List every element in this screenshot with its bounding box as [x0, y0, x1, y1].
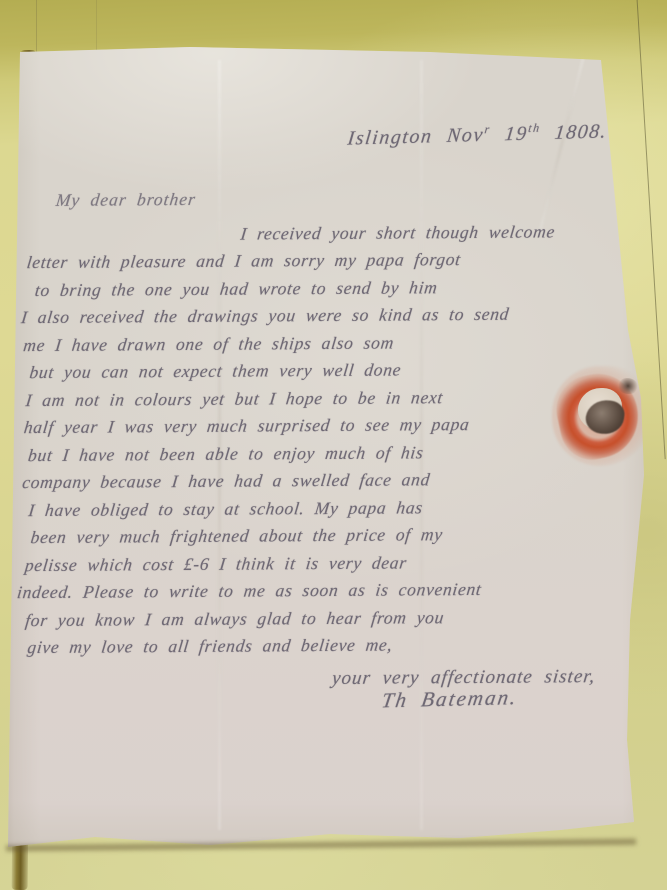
handwritten-letter: Islington Novr 19th 1808. My dear brothe… — [18, 53, 635, 722]
dateline-place-month: Islington Nov — [346, 124, 485, 150]
letter-line: give my love to all friends and believe … — [26, 630, 637, 662]
salutation: My dear brother — [55, 186, 633, 211]
letter-line: to bring the one you had wrote to send b… — [33, 272, 634, 304]
letter-line: I have obliged to stay at school. My pap… — [27, 492, 636, 524]
backing-sheet-edge-line — [636, 0, 666, 459]
dateline-day: 19 — [489, 123, 529, 146]
letter-line: I received your short though welcome — [27, 218, 634, 250]
letter-line: indeed. Please to write to me as soon as… — [16, 575, 637, 607]
letter-line: letter with pleasure and I am sorry my p… — [25, 245, 634, 277]
letter-line: company because I have had a swelled fac… — [21, 465, 636, 497]
dateline: Islington Novr 19th 1808. — [18, 119, 608, 160]
letter-line: been very much frightened about the pric… — [29, 520, 636, 552]
letter-line: but you can not expect them very well do… — [28, 355, 635, 387]
dateline-year: 1808. — [539, 120, 609, 144]
letter-sheet: Islington Novr 19th 1808. My dear brothe… — [0, 0, 667, 890]
letter-line: half year I was very much surprised to s… — [22, 410, 635, 442]
letter-body: I received your short though welcome let… — [19, 218, 634, 662]
letter-line: I also received the drawings you were so… — [20, 300, 635, 332]
wax-seal-dark-spot — [618, 378, 638, 394]
paper-shadow — [6, 839, 636, 852]
photographed-letter-scene: Islington Novr 19th 1808. My dear brothe… — [0, 0, 667, 890]
wax-seal — [556, 370, 648, 462]
